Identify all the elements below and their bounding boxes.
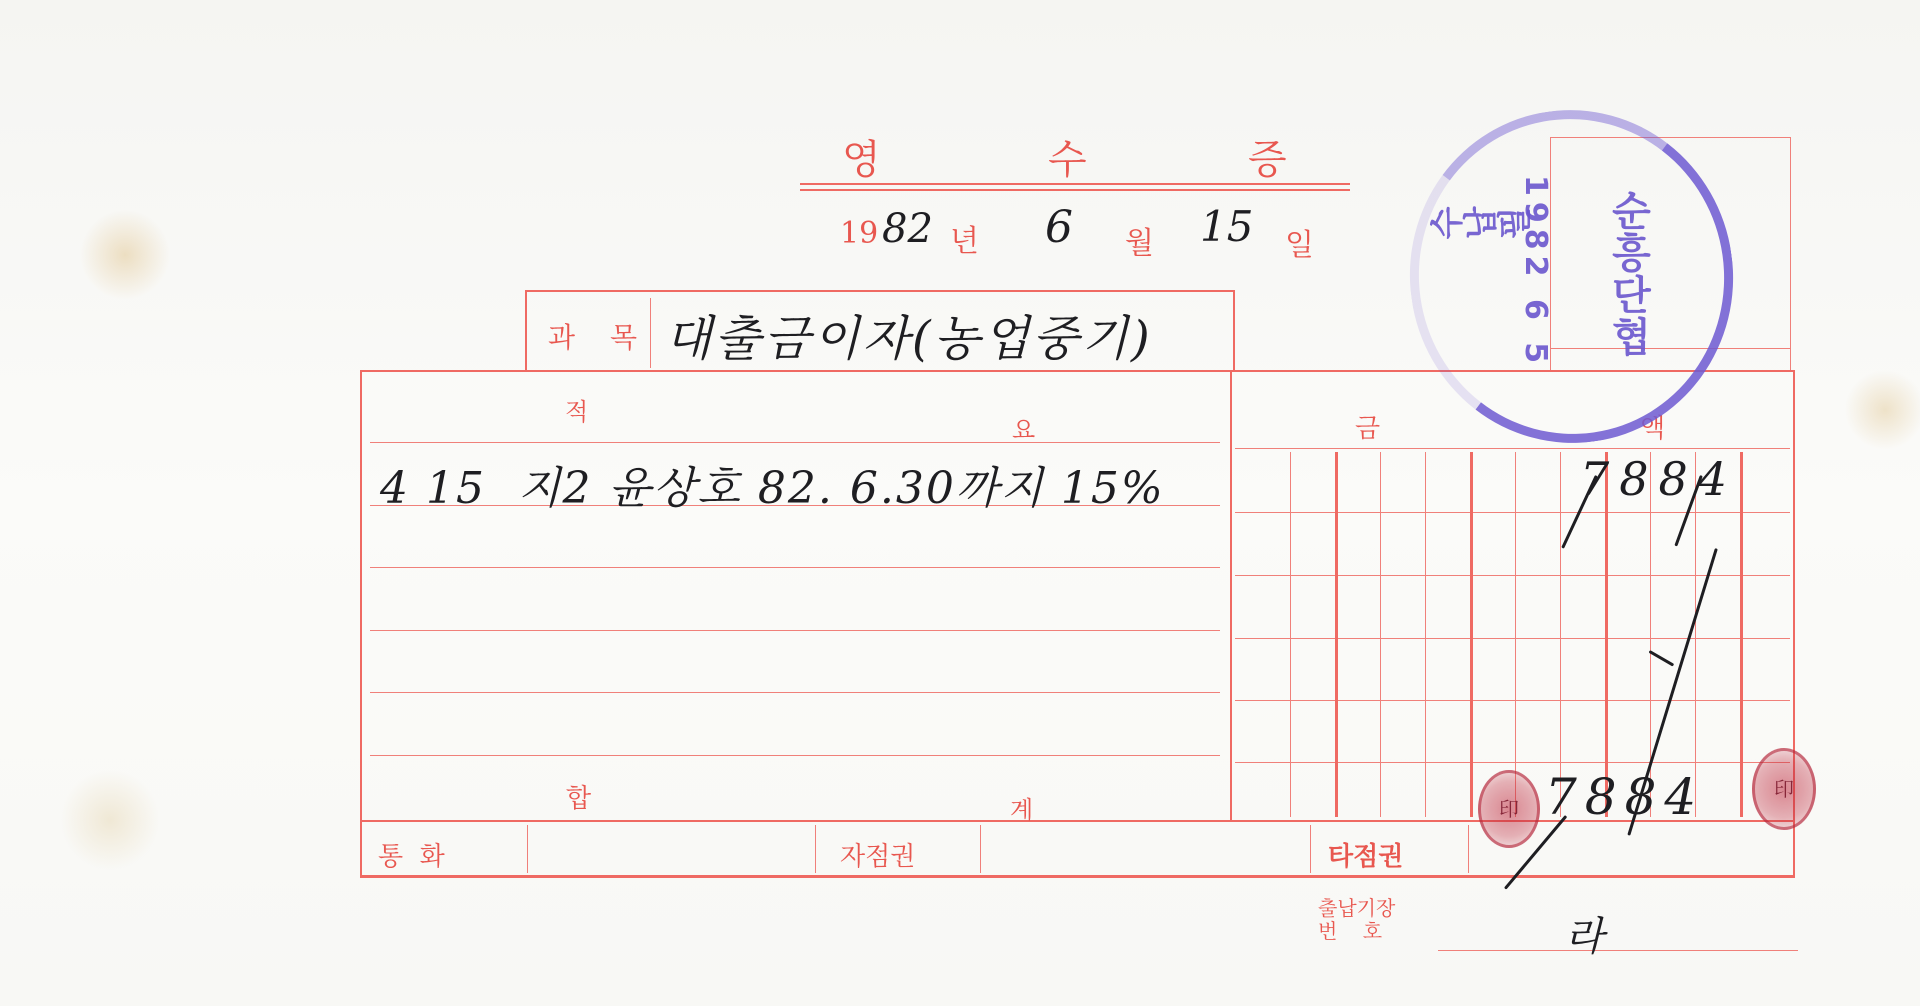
amount-grid-line-6: [1235, 762, 1790, 763]
row-line-6: [370, 755, 1220, 756]
cancel-tick: [1649, 650, 1675, 667]
title-char-3: 증: [1248, 128, 1287, 185]
corner-box-right: [1790, 137, 1791, 370]
row-1-amount: 7884: [1580, 452, 1737, 506]
footer-divider-5: [1468, 825, 1469, 873]
digit-col-11: [1740, 452, 1743, 817]
other-branch-check-label: 타점권: [1328, 836, 1403, 873]
currency-label: 통 화: [378, 836, 445, 873]
subject-box-right: [1233, 290, 1235, 370]
amount-grid-line-1: [1235, 448, 1790, 449]
row-line-5: [370, 692, 1220, 693]
subject-label-char-2: 목: [610, 316, 637, 356]
digit-col-4: [1425, 452, 1426, 817]
footer-divider-4: [1310, 825, 1311, 873]
year-prefix: 19: [840, 216, 878, 251]
footer-divider-1: [527, 825, 528, 873]
day-label: 일: [1285, 220, 1314, 264]
amount-grid-line-4: [1235, 638, 1790, 639]
amount-grid-line-5: [1235, 700, 1790, 701]
ledger-label-line2: 번 호: [1318, 915, 1382, 944]
title-char-1: 영: [842, 128, 881, 185]
row-line-3: [370, 567, 1220, 568]
title-underline-2: [800, 189, 1350, 191]
description-header-char-2: 요: [1012, 410, 1035, 445]
subject-box-left: [525, 290, 527, 370]
subject-label-char-1: 과: [548, 316, 575, 356]
row-1-description: 4 15 지2 윤상호 82. 6.30까지 15%: [380, 452, 1165, 516]
digit-col-3: [1380, 452, 1381, 817]
month-handwritten: 6: [1045, 202, 1073, 253]
date-line: 19 82 년 6 월 15 일: [840, 208, 1320, 258]
own-branch-check-label: 자점권: [840, 836, 915, 873]
description-header-char-1: 적: [565, 392, 588, 427]
digit-col-7: [1560, 452, 1561, 817]
table-bottom-border: [360, 875, 1795, 878]
day-handwritten: 15: [1200, 202, 1253, 251]
stamp-status: 수납필: [1429, 202, 1531, 251]
seal-total-left: 印: [1478, 770, 1540, 848]
amount-column-divider: [1230, 370, 1232, 820]
row-line-1: [370, 442, 1220, 443]
stamp-issuer: 순흥단협: [1600, 190, 1657, 358]
digit-col-8: [1605, 452, 1608, 817]
digit-col-6: [1515, 452, 1516, 817]
year-handwritten: 82: [882, 206, 933, 252]
total-label-char-1: 합: [566, 778, 591, 815]
subject-box-divider: [650, 298, 651, 368]
footer-divider-2: [815, 825, 816, 873]
digit-col-2: [1335, 452, 1338, 817]
total-label-char-2: 계: [1010, 790, 1033, 825]
digit-col-5: [1470, 452, 1473, 817]
digit-col-1: [1290, 452, 1291, 817]
title-char-2: 수: [1048, 128, 1087, 185]
receipt-paid-stamp: [1388, 89, 1754, 464]
amount-grid-line-2: [1235, 512, 1790, 513]
table-left-border: [360, 370, 362, 875]
amount-header-char-1: 금: [1355, 408, 1380, 445]
month-label: 월: [1125, 218, 1154, 262]
digit-col-10: [1695, 452, 1696, 817]
ledger-value: 라: [1565, 905, 1604, 962]
ledger-underline: [1438, 950, 1798, 951]
footer-divider-3: [980, 825, 981, 873]
row-line-4: [370, 630, 1220, 631]
subject-box-top: [525, 290, 1235, 292]
total-amount: 7884: [1545, 768, 1704, 826]
year-label: 년: [950, 216, 979, 260]
title-underline-1: [800, 183, 1350, 185]
subject-value: 대출금이자(농업중기): [665, 300, 1153, 369]
stamp-date: 1982 6 5: [1518, 175, 1553, 369]
seal-total-right: 印: [1752, 748, 1816, 830]
receipt-paper: 영 수 증 19 82 년 6 월 15 일 과 목 대출금이자(농업중기) 적…: [0, 0, 1920, 1006]
